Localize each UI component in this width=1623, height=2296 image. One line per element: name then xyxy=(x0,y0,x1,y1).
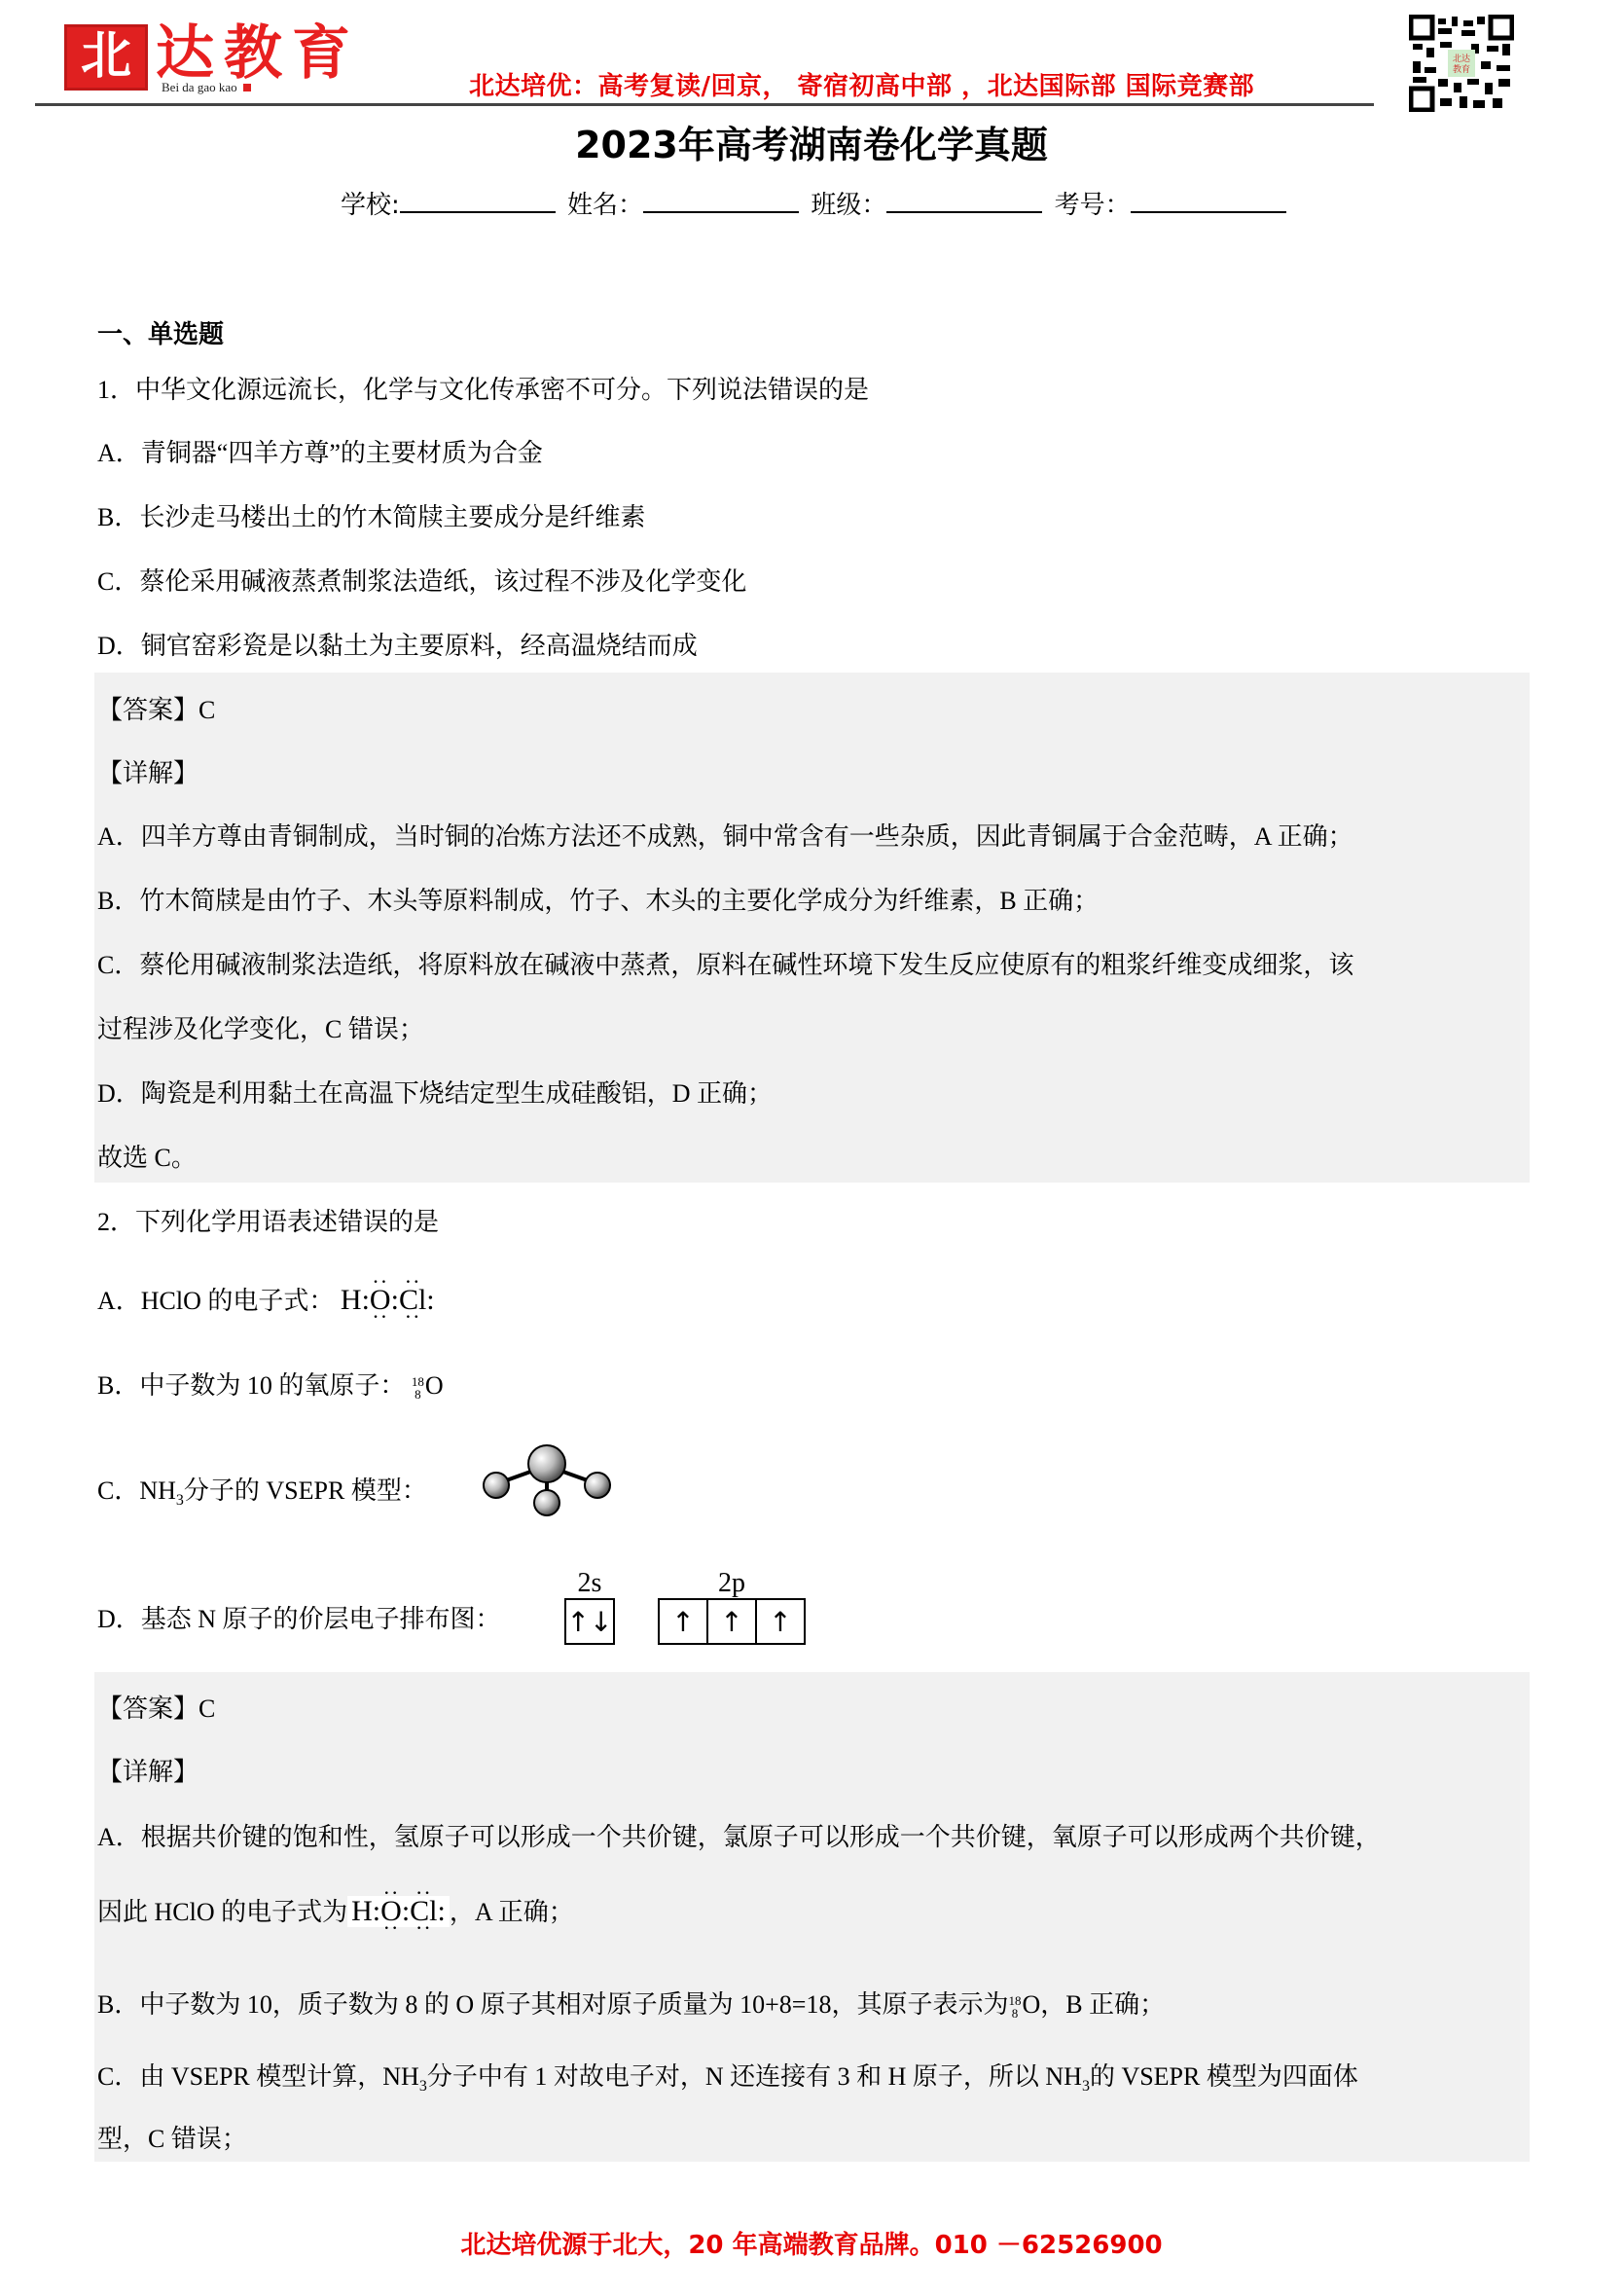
detail-label-1: 【详解】 xyxy=(97,758,198,789)
explanation-1-c: C．蔡伦用碱液制浆法造纸，将原料放在碱液中蒸煮，原料在碱性环境下发生反应使原有的… xyxy=(97,950,1353,981)
atomic-number: 8 xyxy=(412,1388,424,1401)
hclo-electron-formula-image: H:O:Cl: xyxy=(347,1896,450,1927)
option-c-text: C．NH xyxy=(97,1476,176,1505)
name-field[interactable] xyxy=(643,188,799,213)
explanation-2-a: A．根据共价键的饱和性，氢原子可以形成一个共价键，氯原子可以形成一个共价键，氧原… xyxy=(97,1822,1381,1853)
atom-h: H xyxy=(351,1895,373,1927)
name-label: 姓名： xyxy=(567,191,643,220)
logo-subtitle-text: Bei da gao kao xyxy=(162,80,237,94)
explanation-text: C．由 VSEPR 模型计算，NH xyxy=(97,2062,419,2091)
option-a-text: A．HClO 的电子式： xyxy=(97,1287,334,1315)
exam-number-field[interactable] xyxy=(1131,188,1286,213)
bond-pair: : xyxy=(402,1895,410,1927)
nh3-vsepr-model-icon xyxy=(479,1442,615,1525)
atom-o: O xyxy=(380,1896,402,1927)
logo-mark-text: 北 xyxy=(81,32,131,83)
logo-mark: 北 xyxy=(64,24,148,91)
atomic-number: 8 xyxy=(1008,2007,1021,2020)
option-c-suffix: 分子的 VSEPR 模型： xyxy=(184,1476,427,1505)
explanation-text: 的 VSEPR 模型为四面体 xyxy=(1090,2062,1358,2091)
explanation-2-c: C．由 VSEPR 模型计算，NH3分子中有 1 对故电子对，N 还连接有 3 … xyxy=(97,2061,1358,2102)
header-divider xyxy=(35,103,1374,106)
explanation-1-d: D．陶瓷是利用黏土在高温下烧结定型生成硅酸铝，D 正确； xyxy=(97,1078,773,1110)
orbital-cell: ↑ xyxy=(708,1600,757,1643)
explanation-text: ，A 正确； xyxy=(450,1898,574,1926)
bond-pair: : xyxy=(391,1284,399,1316)
red-square-icon xyxy=(243,84,251,91)
question-2-option-b: B．中子数为 10 的氧原子： 188O xyxy=(97,1370,444,1402)
lone-pair: : xyxy=(426,1284,434,1316)
explanation-text: 分子中有 1 对故电子对，N 还连接有 3 和 H 原子，所以 NH xyxy=(427,2062,1082,2091)
explanation-1-b: B．竹木简牍是由竹子、木头等原料制成，竹子、木头的主要化学成分为纤维素，B 正确… xyxy=(97,886,1099,917)
question-2-option-c: C．NH3分子的 VSEPR 模型： xyxy=(97,1476,427,1516)
orbital-cell: ↑ xyxy=(660,1600,708,1643)
qr-code-icon: 北达 教育 xyxy=(1409,15,1514,112)
header-tagline: 北达培优：高考复读/回京， 寄宿初高中部 ，北达国际部 国际竞赛部 xyxy=(469,66,1254,102)
question-1-option-c: C．蔡伦采用碱液蒸煮制浆法造纸，该过程不涉及化学变化 xyxy=(97,566,746,598)
explanation-1-conclusion: 故选 C。 xyxy=(97,1143,197,1174)
orbital-2s-label: 2s xyxy=(564,1569,615,1598)
logo-text: 达教育 xyxy=(156,19,360,88)
explanation-2-c-cont: 型，C 错误； xyxy=(97,2124,247,2155)
subscript: 3 xyxy=(1082,2078,1090,2095)
question-1-option-d: D．铜官窑彩瓷是以黏土为主要原料，经高温烧结而成 xyxy=(97,631,698,662)
orbital-2s: 2s ↑↓ xyxy=(564,1569,615,1645)
element-symbol: O xyxy=(425,1371,444,1400)
explanation-text: O，B 正确； xyxy=(1022,1990,1165,2019)
question-1-stem: 1．中华文化源远流长，化学与文化传承密不可分。下列说法错误的是 xyxy=(97,375,869,406)
lone-pair: : xyxy=(438,1895,446,1927)
explanation-1-c-cont: 过程涉及化学变化，C 错误； xyxy=(97,1014,424,1045)
question-1-option-b: B．长沙走马楼出土的竹木简牍主要成分是纤维素 xyxy=(97,502,645,533)
section-heading: 一、单选题 xyxy=(97,319,224,350)
atom-o: O xyxy=(370,1285,391,1316)
orbital-cell: ↑ xyxy=(757,1600,804,1643)
question-2-stem: 2．下列化学用语表述错误的是 xyxy=(97,1207,439,1238)
isotope-notation: 188 xyxy=(412,1375,424,1401)
bond-pair: : xyxy=(373,1895,380,1927)
explanation-1-a: A．四羊方尊由青铜制成，当时铜的冶炼方法还不成熟，铜中常含有一些杂质，因此青铜属… xyxy=(97,821,1353,853)
svg-text:教育: 教育 xyxy=(1453,63,1470,75)
isotope-notation: 188 xyxy=(1008,1994,1021,2020)
orbital-2p-label: 2p xyxy=(658,1569,806,1598)
detail-label-2: 【详解】 xyxy=(97,1757,198,1788)
orbital-2p: 2p ↑ ↑ ↑ xyxy=(658,1569,806,1645)
explanation-2-b: B．中子数为 10，质子数为 8 的 O 原子其相对原子质量为 10+8=18，… xyxy=(97,1989,1165,2021)
page-title: 2023年高考湖南卷化学真题 xyxy=(0,115,1623,168)
hclo-electron-formula: H:O:Cl: xyxy=(341,1284,435,1316)
class-field[interactable] xyxy=(886,188,1042,213)
svg-text:北达: 北达 xyxy=(1453,53,1470,64)
atom-h: H xyxy=(341,1284,362,1316)
exam-number-label: 考号： xyxy=(1055,191,1131,220)
explanation-2-a-cont: 因此 HClO 的电子式为H:O:Cl:，A 正确； xyxy=(97,1896,574,1928)
atom-cl: Cl xyxy=(410,1896,437,1927)
student-info-fields: 学校: 姓名： 班级： 考号： xyxy=(341,185,1290,221)
explanation-text: B．中子数为 10，质子数为 8 的 O 原子其相对原子质量为 10+8=18，… xyxy=(97,1990,1008,2019)
school-field[interactable] xyxy=(400,188,556,213)
subscript: 3 xyxy=(419,2078,427,2095)
option-b-text: B．中子数为 10 的氧原子： xyxy=(97,1371,405,1400)
explanation-text: 因此 HClO 的电子式为 xyxy=(97,1898,347,1926)
answer-2: 【答案】C xyxy=(97,1694,215,1725)
orbital-cell: ↑↓ xyxy=(566,1600,613,1643)
answer-1: 【答案】C xyxy=(97,695,215,726)
logo-subtitle: Bei da gao kao xyxy=(162,80,251,95)
question-2-option-d: D．基态 N 原子的价层电子排布图： xyxy=(97,1604,501,1635)
atom-cl: Cl xyxy=(399,1285,426,1316)
class-label: 班级： xyxy=(811,191,886,220)
question-2-option-a: A．HClO 的电子式： H:O:Cl: xyxy=(97,1285,435,1317)
question-1-option-a: A．青铜器“四羊方尊”的主要材质为合金 xyxy=(97,438,543,469)
subscript: 3 xyxy=(176,1492,184,1509)
school-label: 学校: xyxy=(341,191,400,220)
bond-pair: : xyxy=(362,1284,370,1316)
footer-slogan: 北达培优源于北大，20 年高端教育品牌。010 －62526900 xyxy=(0,2225,1623,2261)
